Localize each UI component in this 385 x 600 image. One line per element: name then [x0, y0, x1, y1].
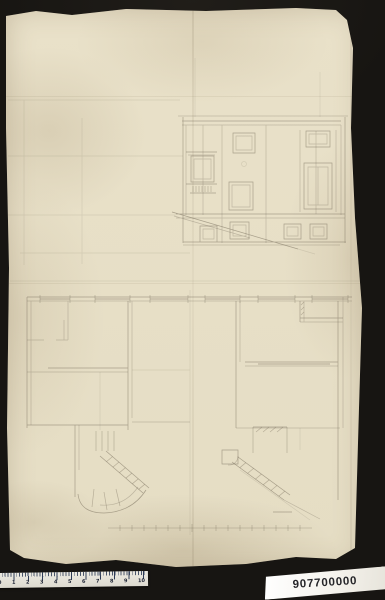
horizontal-crease — [6, 283, 362, 284]
ruler-number: 0 — [0, 579, 2, 587]
ruler-numbers: 0 1 2 3 4 5 6 7 8 9 10 — [0, 577, 145, 587]
horizontal-crease — [6, 96, 362, 97]
ruler-number: 2 — [26, 579, 30, 587]
center-fold-crease — [192, 8, 194, 567]
ruler-number: 3 — [40, 578, 44, 586]
ruler-number: 5 — [68, 578, 72, 586]
ruler-number: 4 — [54, 578, 58, 586]
paper-sheet — [6, 8, 362, 567]
ruler-number: 7 — [96, 578, 100, 586]
ruler-number: 6 — [82, 578, 86, 586]
ruler-number: 1 — [12, 579, 16, 587]
right-fold-crease — [350, 8, 352, 567]
ruler-number: 8 — [110, 577, 114, 585]
ruler-number: 9 — [124, 577, 128, 585]
calibration-ruler: 0 1 2 3 4 5 6 7 8 9 10 — [0, 571, 148, 588]
archive-id-text: 907700000 — [292, 575, 357, 591]
ruler-number: 10 — [138, 577, 145, 585]
